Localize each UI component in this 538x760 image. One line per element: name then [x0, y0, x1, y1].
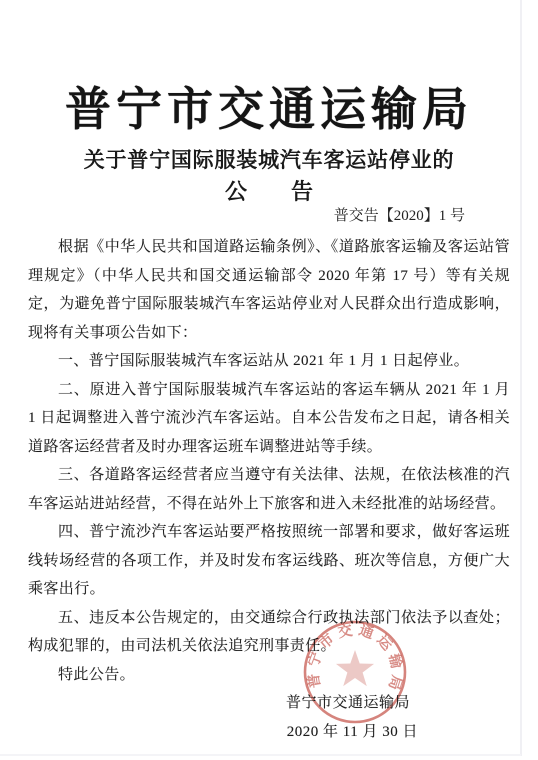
seal-star-icon [336, 650, 374, 686]
paragraph-item-5: 五、违反本公告规定的，由交通综合行政执法部门依法予以查处；构成犯罪的，由司法机关… [28, 604, 510, 661]
paragraph-item-1: 一、普宁国际服装城汽车客运站从 2021 年 1 月 1 日起停业。 [28, 347, 510, 376]
notice-content: 普宁市交通运输局 关于普宁国际服装城汽车客运站停业的 公 告 普交告【2020】… [0, 84, 538, 746]
signature-org: 普宁市交通运输局 [28, 689, 510, 718]
notice-heading: 公 告 [28, 178, 510, 205]
page-title: 普宁市交通运输局 [28, 84, 510, 136]
signature-block: 普宁市交通运输局 2020 年 11 月 30 日 [28, 689, 510, 746]
paragraph-basis: 根据《中华人民共和国道路运输条例》、《道路旅客运输及客运站管理规定》（中华人民共… [28, 233, 510, 347]
scanned-notice-page: 普宁市交通运输局 关于普宁国际服装城汽车客运站停业的 公 告 普交告【2020】… [0, 0, 538, 760]
page-edge-shadow-bottom [0, 754, 521, 756]
paragraph-item-4: 四、普宁流沙汽车客运站要严格按照统一部署和要求，做好客运班线转场经营的各项工作，… [28, 518, 510, 604]
doc-number: 普交告【2020】1 号 [28, 206, 510, 227]
paragraph-item-2: 二、原进入普宁国际服装城汽车客运站的客运车辆从 2021 年 1 月 1 日起调… [28, 376, 510, 462]
notice-body: 根据《中华人民共和国道路运输条例》、《道路旅客运输及客运站管理规定》（中华人民共… [28, 233, 510, 689]
signature-date: 2020 年 11 月 30 日 [28, 718, 510, 747]
paragraph-item-3: 三、各道路客运经营者应当遵守有关法律、法规，在依法核准的汽车客运站进站经营，不得… [28, 461, 510, 518]
page-edge-shadow-right [520, 0, 522, 756]
notice-subtitle: 关于普宁国际服装城汽车客运站停业的 [28, 148, 510, 174]
paragraph-closing: 特此公告。 [28, 661, 510, 690]
